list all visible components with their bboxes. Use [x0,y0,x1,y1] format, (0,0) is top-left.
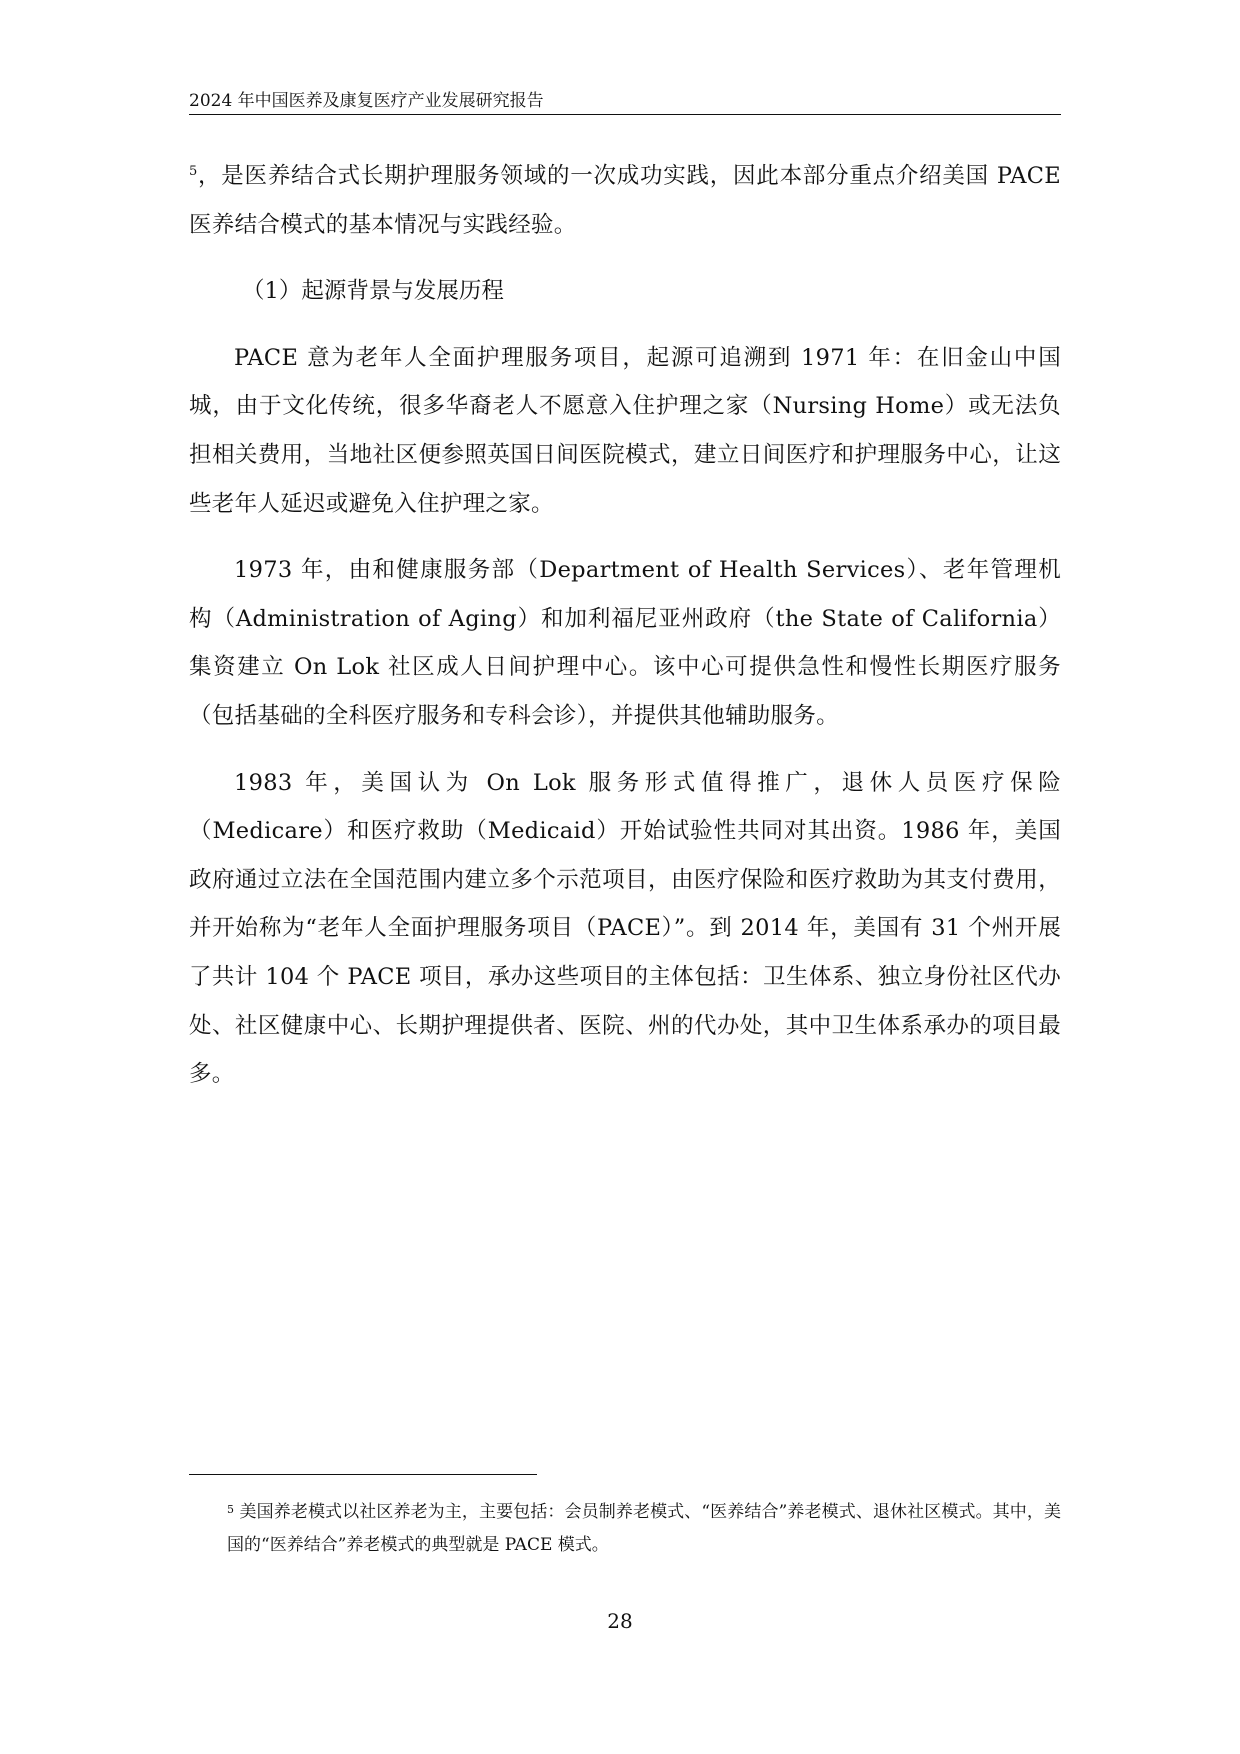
footnote: 5 美国养老模式以社区养老为主，主要包括：会员制养老模式、“医养结合”养老模式、… [189,1496,1061,1562]
paragraph-1983: 1983 年，美国认为 On Lok 服务形式值得推广，退休人员医疗保险（Med… [189,759,1061,1099]
section-heading: （1）起源背景与发展历程 [189,267,1061,316]
header-divider [189,114,1061,115]
continuation-paragraph: 5，是医养结合式长期护理服务领域的一次成功实践，因此本部分重点介绍美国 PACE… [189,152,1061,249]
footnote-reference[interactable]: 5 [189,164,198,179]
main-text: 5，是医养结合式长期护理服务领域的一次成功实践，因此本部分重点介绍美国 PACE… [189,152,1061,1099]
page-number: 28 [0,1609,1240,1633]
running-header: 2024 年中国医养及康复医疗产业发展研究报告 [189,90,1059,116]
footnote-number: 5 [227,1503,234,1516]
paragraph-origin: PACE 意为老年人全面护理服务项目，起源可追溯到 1971 年：在旧金山中国城… [189,334,1061,528]
paragraph-1973: 1973 年，由和健康服务部（Department of Health Serv… [189,546,1061,740]
footnote-text-block: 5 美国养老模式以社区养老为主，主要包括：会员制养老模式、“医养结合”养老模式、… [189,1496,1061,1562]
footnote-text: 美国养老模式以社区养老为主，主要包括：会员制养老模式、“医养结合”养老模式、退休… [227,1502,1061,1555]
footnote-divider [189,1474,537,1475]
continuation-text: ，是医养结合式长期护理服务领域的一次成功实践，因此本部分重点介绍美国 PACE … [189,163,1061,238]
